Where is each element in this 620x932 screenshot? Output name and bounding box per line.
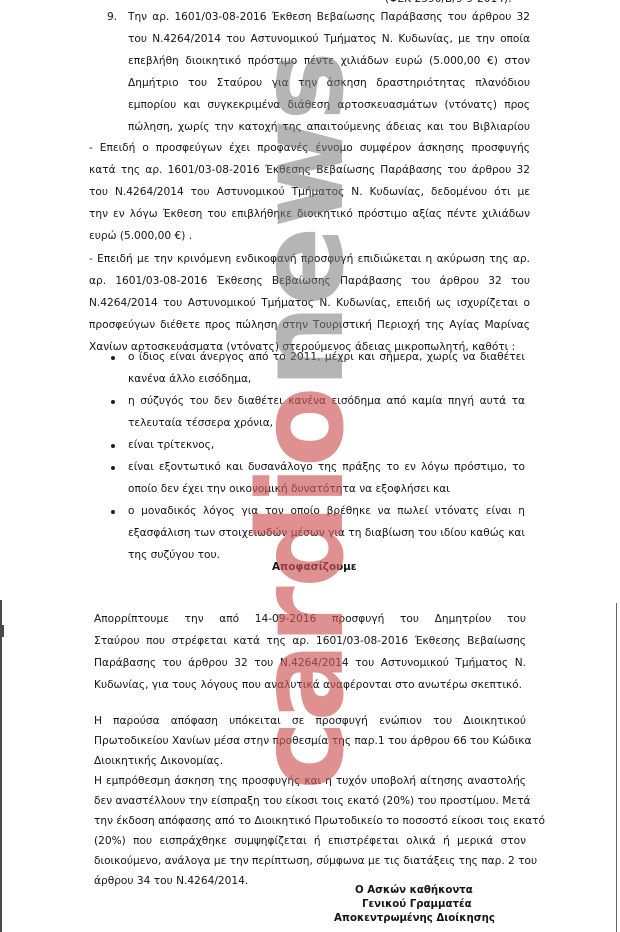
appeal-line: διοικούμενο, ανάλογα με την περίπτωση, σ…	[94, 854, 526, 868]
bullet-line: είναι τρίτεκνος,	[128, 438, 214, 452]
signature-line: Αποκεντρωμένης Διοίκησης	[334, 912, 495, 926]
item-9-line: επεβλήθη διοικητικό πρόστιμο πέντε χιλιά…	[128, 54, 530, 68]
item-9-line: Δημήτριο του Σταύρου για την άσκηση δρασ…	[128, 76, 530, 90]
decision-line: Κυδωνίας, για τους λόγους που αναλυτικά …	[94, 678, 522, 692]
bullet-dot	[111, 400, 115, 404]
paragraph-line: - Επειδή με την κρινόμενη ενδικοφανή προ…	[89, 252, 530, 266]
top-fragment: (ΦΕΚ 2590/Β/9-9-2014).	[385, 0, 511, 6]
appeal-line: Διοικητικής Δικονομίας.	[94, 754, 223, 768]
bullet-dot	[111, 510, 115, 514]
bullet-line: κανένα άλλο εισόδημα,	[128, 372, 251, 386]
item-9-line: του Ν.4264/2014 του Αστυνομικού Τμήματος…	[128, 32, 530, 46]
bullet-line: ο μοναδικός λόγος για τον οποίο βρέθηκε …	[128, 504, 525, 518]
item-9-number: 9.	[107, 10, 117, 24]
decision-line: Απορρίπτουμε την από 14-09-2016 προσφυγή…	[94, 612, 526, 626]
signature-line: Γενικού Γραμματέα	[362, 898, 472, 912]
bullet-dot	[111, 356, 115, 360]
appeal-line: την έκδοση απόφασης από το Διοικητικό Πρ…	[94, 814, 526, 828]
left-edge-tick	[0, 625, 4, 637]
paragraph-line: προσφεύγων διέθετε προς πώληση στην Τουρ…	[89, 318, 530, 332]
appeal-line: Πρωτοδικείου Χανίων μέσα στην προθεσμία …	[94, 734, 526, 748]
paragraph-line: αρ. 1601/03-08-2016 Έκθεσης Βεβαίωσης Πα…	[89, 274, 530, 288]
paragraph-line: - Επειδή ο προσφεύγων έχει προφανές έννο…	[89, 141, 530, 155]
bullet-line: της συζύγου του.	[128, 548, 220, 562]
paragraph-line: την εν λόγω Έκθεση του επιβλήθηκε διοικη…	[89, 207, 530, 221]
bullet-line: τελευταία τέσσερα χρόνια,	[128, 416, 273, 430]
appeal-line: δεν αναστέλλουν την είσπραξη του είκοσι …	[94, 794, 526, 808]
item-9-line: Την αρ. 1601/03-08-2016 Έκθεση Βεβαίωσης…	[128, 10, 530, 24]
item-9-line: πώληση, χωρίς την κατοχή της απαιτούμενη…	[128, 120, 530, 134]
bullet-line: οποίο δεν έχει την οικονομική δυνατότητα…	[128, 482, 450, 496]
decision-line: Σταύρου που στρέφεται κατά της αρ. 1601/…	[94, 634, 526, 648]
bullet-dot	[111, 466, 115, 470]
bullet-line: εξασφάλιση των στοιχειωδών μέσων για τη …	[128, 526, 525, 540]
paragraph-line: ευρώ (5.000,00 €) .	[89, 229, 192, 243]
item-9-line: εμπορίου και συγκεκριμένα διάθεση αρτοσκ…	[128, 98, 530, 112]
bullet-line: είναι εξοντωτικό και δυσανάλογο της πράξ…	[128, 460, 525, 474]
bullet-dot	[111, 444, 115, 448]
paragraph-line: του Ν.4264/2014 του Αστυνομικού Τμήματος…	[89, 185, 530, 199]
appeal-line: Η εμπρόθεσμη άσκηση της προσφυγής και η …	[94, 774, 526, 788]
bullet-line: ο ίδιος είναι άνεργος από το 2011, μέχρι…	[128, 350, 525, 364]
paragraph-line: κατά της αρ. 1601/03-08-2016 Έκθεσης Βεβ…	[89, 163, 530, 177]
right-page-edge	[616, 603, 617, 932]
appeal-line: άρθρου 34 του Ν.4264/2014.	[94, 874, 248, 888]
bullet-line: η σύζυγός του δεν διαθέτει κανένα εισόδη…	[128, 394, 525, 408]
appeal-line: Η παρούσα απόφαση υπόκειται σε προσφυγή …	[94, 714, 526, 728]
paragraph-line: Ν.4264/2014 του Αστυνομικού Τμήματος Ν. …	[89, 296, 530, 310]
signature-line: Ο Ασκών καθήκοντα	[355, 884, 473, 898]
left-page-edge	[0, 600, 2, 932]
decision-heading: Αποφασίζουμε	[272, 560, 357, 574]
appeal-line: (20%) που εισπράχθηκε συμψηφίζεται ή επι…	[94, 834, 526, 848]
decision-line: Παράβασης του άρθρου 32 του Ν.4264/2014 …	[94, 656, 526, 670]
document-page: (ΦΕΚ 2590/Β/9-9-2014). 9. Την αρ. 1601/0…	[0, 0, 620, 932]
